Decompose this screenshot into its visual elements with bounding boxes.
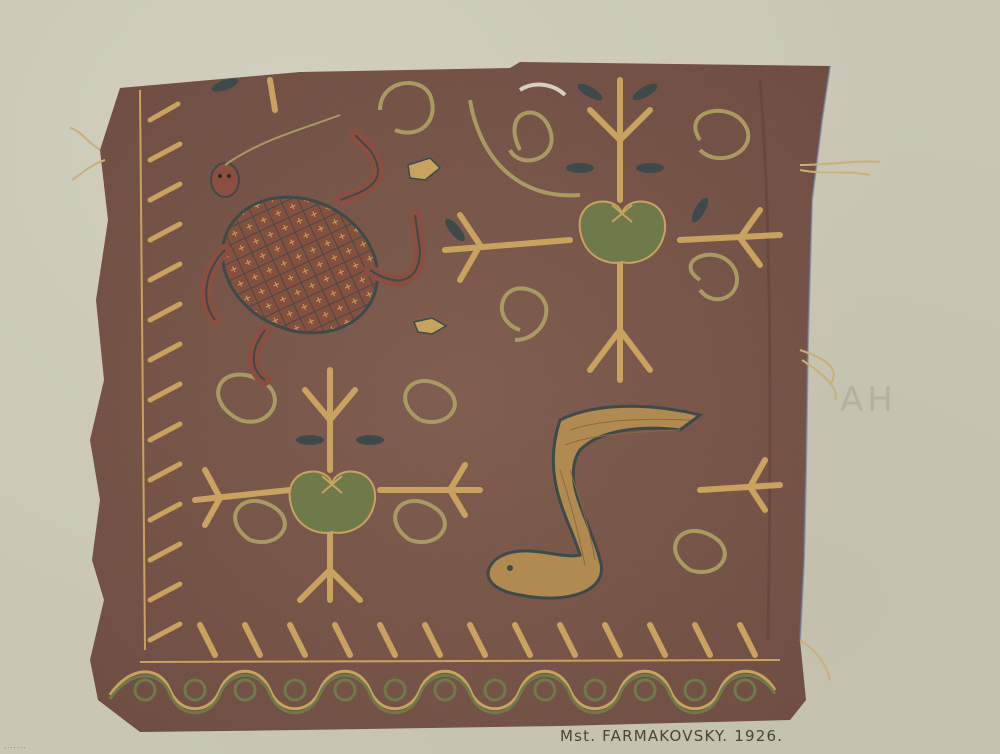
artist-signature: Mst. FARMAKOVSKY. 1926. <box>560 727 783 745</box>
pomegranate-top <box>580 201 666 262</box>
pomegranate-bottom <box>290 471 376 532</box>
textile-painting <box>0 0 1000 754</box>
artwork-canvas: AH Mst. FARMAKOVSKY. 1926. ······· <box>0 0 1000 754</box>
watermark-text: AH <box>840 380 897 420</box>
corner-stamp: ······· <box>4 744 27 752</box>
